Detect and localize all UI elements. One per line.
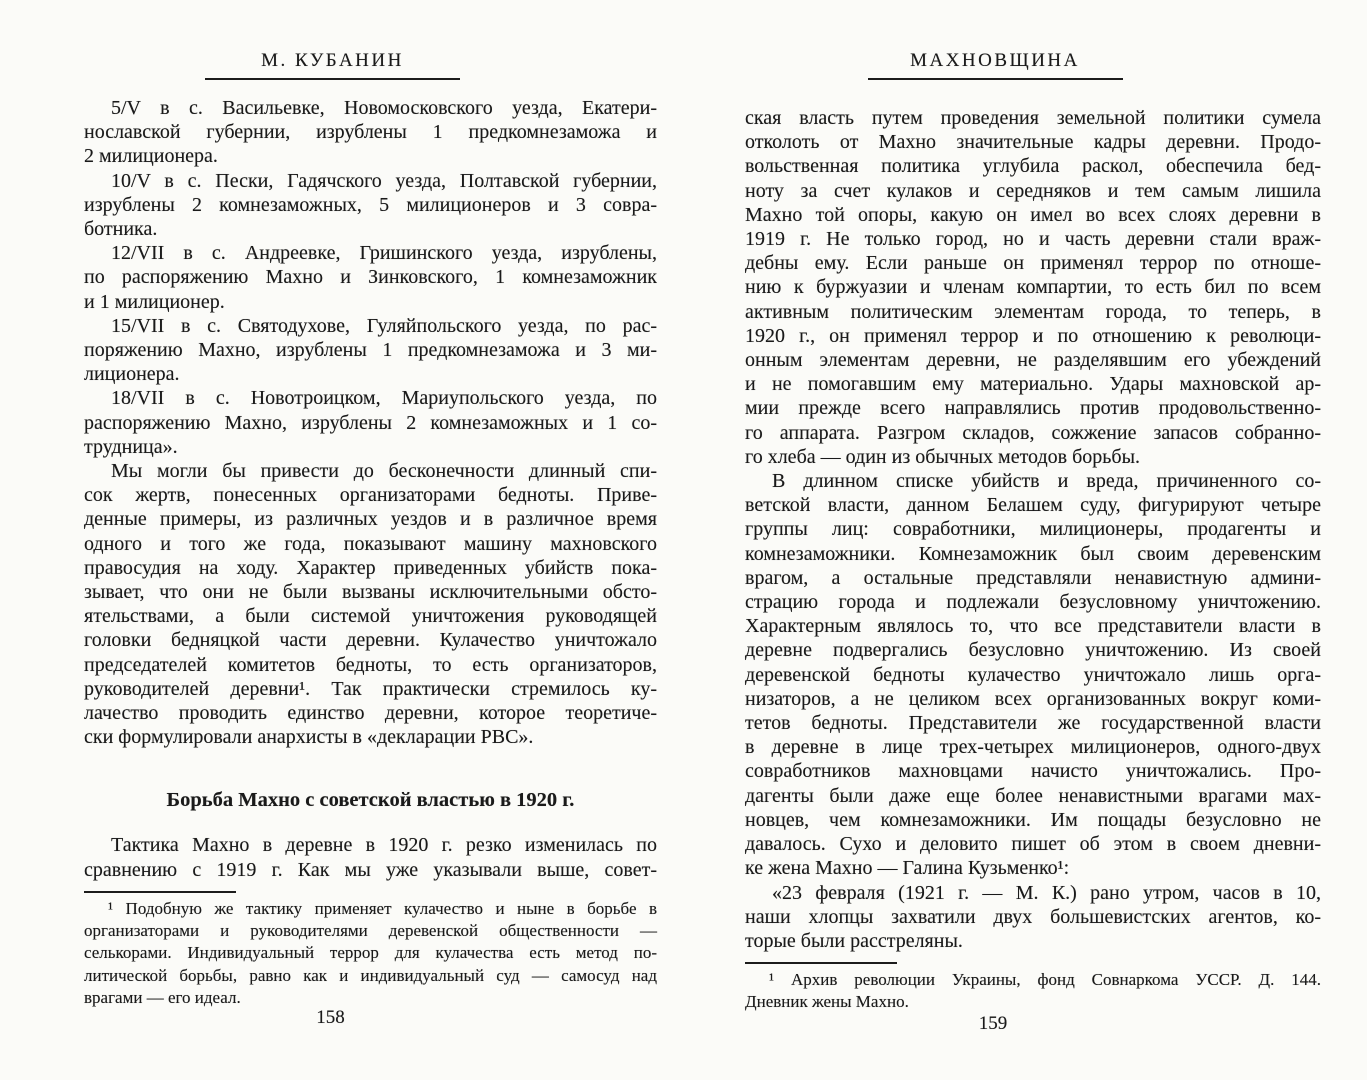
footnotes-left: ¹ Подобную же тактику применяет кулачест… <box>84 898 657 1009</box>
text-line: трудница». <box>84 435 657 459</box>
text-line: 15/VII в с. Святодухове, Гуляйпольского … <box>84 314 657 338</box>
text-line: ятельствами, а были системой уничтожения… <box>84 604 657 628</box>
text-line: деревенской бедноты кулачество уничтожал… <box>745 663 1321 687</box>
text-line: ветской власти, данном Белашем суду, фиг… <box>745 493 1321 517</box>
text-line: ке жена Махно — Галина Кузьменко¹: <box>745 856 1321 880</box>
footnote-line: Дневник жены Махно. <box>745 991 1321 1013</box>
text-line: 2 милиционера. <box>84 144 657 168</box>
text-line: врагом, а остальные представляли ненавис… <box>745 566 1321 590</box>
text-line: нию к буржуазии и членам компартии, то е… <box>745 275 1321 299</box>
text-line: 10/V в с. Пески, Гадячского уезда, Полта… <box>84 169 657 193</box>
text-line: 1919 г. Не только город, но и часть дере… <box>745 227 1321 251</box>
text-line: сравнению с 1919 г. Как мы уже указывали… <box>84 858 657 882</box>
text-line: го аппарата. Разгром складов, сожжение з… <box>745 421 1321 445</box>
page-left: М. КУБАНИН 5/V в с. Васильевке, Новомоск… <box>84 0 657 1080</box>
text-line: ски формулировали анархисты в «деклараци… <box>84 725 657 749</box>
text-line: группы лиц: совработники, милиционеры, п… <box>745 517 1321 541</box>
footnote-line: врагами — его идеал. <box>84 987 657 1009</box>
text-line: головки бедняцкой части деревни. Кулачес… <box>84 628 657 652</box>
text-line: сок жертв, понесенных организаторами бед… <box>84 483 657 507</box>
running-header-right: МАХНОВЩИНА <box>707 50 1283 72</box>
text-line: В длинном списке убийств и вреда, причин… <box>745 469 1321 493</box>
footnote-line: селькорами. Индивидуальный террор для ку… <box>84 942 657 964</box>
text-line: мии прежде всего направлялись против про… <box>745 396 1321 420</box>
text-line: дебны ему. Если раньше он применял терро… <box>745 251 1321 275</box>
text-line: наши хлопцы захватили двух большевистски… <box>745 905 1321 929</box>
page-number-right: 159 <box>705 1013 1281 1035</box>
body-text-left: 5/V в с. Васильевке, Новомосковского уез… <box>84 96 657 749</box>
text-line: нославской губернии, изрублены 1 предком… <box>84 120 657 144</box>
text-line: по распоряжению Махно и Зинковского, 1 к… <box>84 265 657 289</box>
footnote-line: ¹ Архив революции Украины, фонд Совнарко… <box>745 969 1321 991</box>
text-line: 1920 г., он применял террор и по отношен… <box>745 324 1321 348</box>
text-line: поряжению Махно, изрублены 1 предкомнеза… <box>84 338 657 362</box>
text-line: низаторов, а не целиком всех организован… <box>745 687 1321 711</box>
footnote-line: организаторами и руководителями деревенс… <box>84 920 657 942</box>
text-line: 18/VII в с. Новотроицком, Мариупольского… <box>84 386 657 410</box>
text-line: комнезаможники. Комнезаможник был своим … <box>745 542 1321 566</box>
text-line: тетов бедноты. Представители же государс… <box>745 711 1321 735</box>
text-line: председателей комитетов бедноты, то есть… <box>84 653 657 677</box>
footnote-rule-left <box>84 891 236 893</box>
body-text-right: ская власть путем проведения земельной п… <box>745 106 1321 953</box>
text-line: в деревне в лице трех-четырех милиционер… <box>745 735 1321 759</box>
footnotes-right: ¹ Архив революции Украины, фонд Совнарко… <box>745 969 1321 1013</box>
text-line: совработников махновцами начисто уничтож… <box>745 759 1321 783</box>
text-line: страцию города и подлежали безусловному … <box>745 590 1321 614</box>
text-line: ботника. <box>84 217 657 241</box>
text-line: правосудия на ходу. Характер приведенных… <box>84 556 657 580</box>
text-line: Махно той опоры, какую он имел во всех с… <box>745 203 1321 227</box>
text-line: руководителей деревни¹. Так практически … <box>84 677 657 701</box>
text-line: торые были расстреляны. <box>745 929 1321 953</box>
page-right: МАХНОВЩИНА ская власть путем проведения … <box>745 0 1321 1080</box>
footnote-rule-right <box>745 962 897 964</box>
body-text-left-after-heading: Тактика Махно в деревне в 1920 г. резко … <box>84 833 657 881</box>
text-line: отколоть от Махно значительные кадры дер… <box>745 130 1321 154</box>
text-line: дагенты были даже еще более ненавистными… <box>745 784 1321 808</box>
text-line: лачество проводить единство деревни, кот… <box>84 701 657 725</box>
text-line: Мы могли бы привести до бесконечности дл… <box>84 459 657 483</box>
text-line: новцев, чем комнезаможники. Им пощады бе… <box>745 808 1321 832</box>
text-line: лиционера. <box>84 362 657 386</box>
text-line: деревне подвергались безусловно уничтоже… <box>745 638 1321 662</box>
text-line: Характерным являлось то, что все предста… <box>745 614 1321 638</box>
text-line: «23 февраля (1921 г. — М. К.) рано утром… <box>745 881 1321 905</box>
header-rule-right <box>868 78 1123 80</box>
page-number-left: 158 <box>44 1007 617 1029</box>
text-line: Тактика Махно в деревне в 1920 г. резко … <box>84 833 657 857</box>
footnote-line: ¹ Подобную же тактику применяет кулачест… <box>84 898 657 920</box>
text-line: и 1 милиционер. <box>84 290 657 314</box>
text-line: давалось. Сухо и деловито пишет об этом … <box>745 832 1321 856</box>
text-line: вольственная политика углубила раскол, о… <box>745 154 1321 178</box>
text-line: 12/VII в с. Андреевке, Гришинского уезда… <box>84 241 657 265</box>
text-line: и не помогавшим ему материально. Удары м… <box>745 372 1321 396</box>
text-line: денные примеры, из различных уездов и в … <box>84 507 657 531</box>
header-rule-left <box>205 78 460 80</box>
text-line: распоряжению Махно, изрублены 2 комнезам… <box>84 411 657 435</box>
text-line: изрублены 2 комнезаможных, 5 милиционеро… <box>84 193 657 217</box>
text-line: го хлеба — один из обычных методов борьб… <box>745 445 1321 469</box>
footnote-line: литической борьбы, равно как и индивидуа… <box>84 965 657 987</box>
text-line: ноту за счет кулаков и середняков и тем … <box>745 179 1321 203</box>
text-line: одного и того же года, показывают машину… <box>84 532 657 556</box>
text-line: зывает, что они не были вызваны исключит… <box>84 580 657 604</box>
text-line: 5/V в с. Васильевке, Новомосковского уез… <box>84 96 657 120</box>
running-header-left: М. КУБАНИН <box>46 50 619 72</box>
section-heading: Борьба Махно с советской властью в 1920 … <box>84 787 657 813</box>
book-spread: М. КУБАНИН 5/V в с. Васильевке, Новомоск… <box>0 0 1367 1080</box>
text-line: онным элементам деревни, не разделявшим … <box>745 348 1321 372</box>
text-line: активным политическим элементам города, … <box>745 300 1321 324</box>
text-line: ская власть путем проведения земельной п… <box>745 106 1321 130</box>
